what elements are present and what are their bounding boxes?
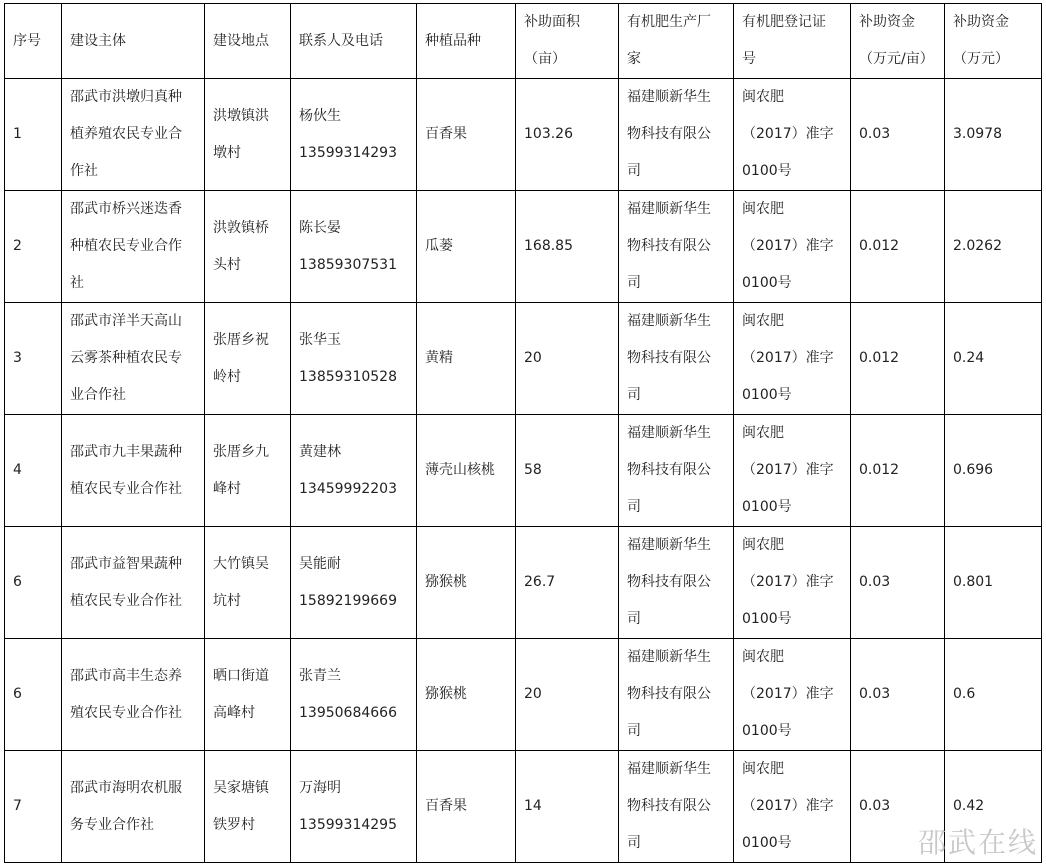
cell-manufacturer-line: 物科技有限公 [627,788,725,825]
cell-manufacturer-line: 福建顺新华生 [627,751,725,788]
cell-registration-line: （2017）准字 [742,564,842,601]
cell-contact-line: 张华玉 [299,322,408,359]
cell-rate: 0.03 [851,527,945,639]
cell-location: 洪敦镇桥头村 [205,191,291,303]
cell-area: 103.26 [516,79,619,191]
cell-manufacturer-line: 司 [627,265,725,302]
header-text: 有机肥生产厂 [627,4,725,41]
cell-entity-line: 植农民专业合作社 [70,583,196,620]
cell-manufacturer-line: 司 [627,601,725,638]
cell-registration-line: 闽农肥 [742,527,842,564]
cell-contact-line: 13599314293 [299,135,408,172]
header-text: 建设主体 [70,23,196,60]
cell-location: 吴家塘镇铁罗村 [205,751,291,863]
cell-manufacturer-line: 物科技有限公 [627,564,725,601]
cell-location: 张厝乡祝岭村 [205,303,291,415]
cell-registration-line: 0100号 [742,265,842,302]
cell-entity-line: 作社 [70,153,196,190]
cell-location-line: 高峰村 [213,695,282,732]
cell-entity: 邵武市海明农机服务专业合作社 [62,751,205,863]
cell-contact-line: 15892199669 [299,583,408,620]
cell-registration-line: （2017）准字 [742,228,842,265]
header-col-location: 建设地点 [205,4,291,79]
cell-no: 3 [5,303,62,415]
cell-manufacturer-line: 福建顺新华生 [627,527,725,564]
cell-registration-line: 0100号 [742,489,842,526]
cell-contact-line: 13459992203 [299,471,408,508]
cell-registration-line: （2017）准字 [742,116,842,153]
cell-registration-line: 0100号 [742,601,842,638]
cell-manufacturer: 福建顺新华生物科技有限公司 [619,303,734,415]
cell-entity-line: 邵武市洋半天高山 [70,303,196,340]
cell-no: 6 [5,639,62,751]
cell-location-line: 岭村 [213,359,282,396]
cell-crop: 猕猴桃 [417,527,516,639]
cell-rate: 0.012 [851,415,945,527]
cell-location: 晒口街道高峰村 [205,639,291,751]
header-text: 补助面积 [524,4,610,41]
cell-entity-line: 种植农民专业合作 [70,228,196,265]
cell-location-line: 晒口街道 [213,658,282,695]
table-header: 序号建设主体建设地点联系人及电话种植品种补助面积（亩）有机肥生产厂家有机肥登记证… [5,4,1042,79]
cell-entity-line: 云雾茶种植农民专 [70,340,196,377]
cell-registration: 闽农肥（2017）准字0100号 [734,191,851,303]
cell-rate: 0.03 [851,79,945,191]
cell-registration-line: 闽农肥 [742,415,842,452]
cell-amount: 0.696 [945,415,1042,527]
cell-contact: 杨伙生13599314293 [291,79,417,191]
cell-amount: 0.24 [945,303,1042,415]
cell-registration-line: 0100号 [742,825,842,862]
table-row: 4邵武市九丰果蔬种植农民专业合作社张厝乡九峰村黄建林13459992203薄壳山… [5,415,1042,527]
cell-manufacturer-line: 司 [627,377,725,414]
cell-registration-line: 0100号 [742,153,842,190]
header-col-entity: 建设主体 [62,4,205,79]
cell-registration: 闽农肥（2017）准字0100号 [734,79,851,191]
cell-crop: 猕猴桃 [417,639,516,751]
cell-location-line: 墩村 [213,135,282,172]
table-row: 1邵武市洪墩归真种植养殖农民专业合作社洪墩镇洪墩村杨伙生13599314293百… [5,79,1042,191]
cell-location: 张厝乡九峰村 [205,415,291,527]
cell-amount: 0.6 [945,639,1042,751]
cell-manufacturer: 福建顺新华生物科技有限公司 [619,527,734,639]
header-col-crop: 种植品种 [417,4,516,79]
cell-manufacturer: 福建顺新华生物科技有限公司 [619,191,734,303]
cell-location: 大竹镇吴坑村 [205,527,291,639]
cell-area: 20 [516,303,619,415]
header-text: 补助资金 [953,4,1033,41]
cell-rate: 0.012 [851,191,945,303]
cell-registration: 闽农肥（2017）准字0100号 [734,751,851,863]
cell-location-line: 吴家塘镇 [213,770,282,807]
cell-amount: 0.801 [945,527,1042,639]
cell-registration: 闽农肥（2017）准字0100号 [734,303,851,415]
cell-manufacturer-line: 司 [627,489,725,526]
cell-contact: 吴能耐15892199669 [291,527,417,639]
cell-rate: 0.03 [851,751,945,863]
cell-registration: 闽农肥（2017）准字0100号 [734,527,851,639]
cell-location-line: 铁罗村 [213,807,282,844]
cell-entity-line: 植农民专业合作社 [70,471,196,508]
cell-registration-line: （2017）准字 [742,452,842,489]
header-col-area: 补助面积（亩） [516,4,619,79]
subsidy-table: 序号建设主体建设地点联系人及电话种植品种补助面积（亩）有机肥生产厂家有机肥登记证… [4,3,1042,863]
cell-registration-line: （2017）准字 [742,788,842,825]
header-text: 种植品种 [425,23,507,60]
cell-contact-line: 13950684666 [299,695,408,732]
cell-no: 6 [5,527,62,639]
cell-crop: 黄精 [417,303,516,415]
cell-manufacturer-line: 物科技有限公 [627,228,725,265]
cell-contact: 张青兰13950684666 [291,639,417,751]
cell-area: 14 [516,751,619,863]
header-row: 序号建设主体建设地点联系人及电话种植品种补助面积（亩）有机肥生产厂家有机肥登记证… [5,4,1042,79]
cell-entity-line: 业合作社 [70,377,196,414]
cell-manufacturer-line: 福建顺新华生 [627,191,725,228]
cell-contact-line: 13859310528 [299,359,408,396]
header-text: 序号 [13,23,53,60]
cell-registration-line: （2017）准字 [742,340,842,377]
table-row: 6邵武市益智果蔬种植农民专业合作社大竹镇吴坑村吴能耐15892199669猕猴桃… [5,527,1042,639]
cell-entity-line: 殖农民专业合作社 [70,695,196,732]
cell-manufacturer: 福建顺新华生物科技有限公司 [619,751,734,863]
cell-amount: 0.42 [945,751,1042,863]
cell-manufacturer-line: 物科技有限公 [627,116,725,153]
cell-entity: 邵武市益智果蔬种植农民专业合作社 [62,527,205,639]
cell-location-line: 头村 [213,247,282,284]
cell-rate: 0.03 [851,639,945,751]
cell-contact-line: 杨伙生 [299,98,408,135]
cell-no: 4 [5,415,62,527]
cell-contact: 万海明 13599314295 [291,751,417,863]
cell-manufacturer: 福建顺新华生物科技有限公司 [619,415,734,527]
cell-location: 洪墩镇洪墩村 [205,79,291,191]
cell-amount: 3.0978 [945,79,1042,191]
cell-registration-line: 闽农肥 [742,639,842,676]
cell-contact-line: 13859307531 [299,247,408,284]
cell-location-line: 峰村 [213,471,282,508]
cell-registration-line: 闽农肥 [742,79,842,116]
cell-no: 2 [5,191,62,303]
cell-contact: 黄建林13459992203 [291,415,417,527]
cell-registration-line: （2017）准字 [742,676,842,713]
cell-crop: 百香果 [417,79,516,191]
cell-manufacturer-line: 司 [627,713,725,750]
cell-contact-line: 张青兰 [299,658,408,695]
cell-crop: 百香果 [417,751,516,863]
cell-crop: 薄壳山核桃 [417,415,516,527]
cell-rate: 0.012 [851,303,945,415]
cell-contact: 陈长晏13859307531 [291,191,417,303]
cell-location-line: 洪墩镇洪 [213,98,282,135]
cell-contact-line: 陈长晏 [299,210,408,247]
cell-manufacturer-line: 物科技有限公 [627,676,725,713]
cell-entity: 邵武市桥兴迷迭香种植农民专业合作社 [62,191,205,303]
cell-manufacturer-line: 司 [627,825,725,862]
header-text: （亩） [524,41,610,78]
table-row: 6邵武市高丰生态养殖农民专业合作社晒口街道高峰村张青兰13950684666猕猴… [5,639,1042,751]
cell-contact: 张华玉13859310528 [291,303,417,415]
table-row: 2邵武市桥兴迷迭香种植农民专业合作社洪敦镇桥头村陈长晏13859307531瓜蒌… [5,191,1042,303]
cell-registration-line: 闽农肥 [742,191,842,228]
cell-entity-line: 邵武市海明农机服 [70,770,196,807]
table-row: 3邵武市洋半天高山云雾茶种植农民专业合作社张厝乡祝岭村张华玉1385931052… [5,303,1042,415]
cell-area: 58 [516,415,619,527]
cell-entity-line: 社 [70,265,196,302]
cell-area: 20 [516,639,619,751]
cell-contact-line: 万海明 [299,770,408,807]
header-text: 家 [627,41,725,78]
cell-contact-line: 13599314295 [299,807,408,844]
table-body: 1邵武市洪墩归真种植养殖农民专业合作社洪墩镇洪墩村杨伙生13599314293百… [5,79,1042,863]
header-text: 补助资金 [859,4,936,41]
header-col-manufacturer: 有机肥生产厂家 [619,4,734,79]
header-text: 建设地点 [213,23,282,60]
cell-manufacturer: 福建顺新华生物科技有限公司 [619,79,734,191]
cell-registration-line: 闽农肥 [742,751,842,788]
cell-entity: 邵武市高丰生态养殖农民专业合作社 [62,639,205,751]
cell-entity-line: 邵武市益智果蔬种 [70,546,196,583]
cell-manufacturer: 福建顺新华生物科技有限公司 [619,639,734,751]
cell-manufacturer-line: 福建顺新华生 [627,639,725,676]
cell-manufacturer-line: 物科技有限公 [627,340,725,377]
cell-location-line: 洪敦镇桥 [213,210,282,247]
cell-manufacturer-line: 福建顺新华生 [627,415,725,452]
cell-entity-line: 务专业合作社 [70,807,196,844]
cell-entity-line: 邵武市洪墩归真种 [70,79,196,116]
cell-crop: 瓜蒌 [417,191,516,303]
cell-contact-line: 黄建林 [299,434,408,471]
cell-amount: 2.0262 [945,191,1042,303]
cell-entity-line: 邵武市桥兴迷迭香 [70,191,196,228]
cell-registration: 闽农肥（2017）准字0100号 [734,639,851,751]
cell-no: 1 [5,79,62,191]
header-col-amount: 补助资金（万元） [945,4,1042,79]
cell-location-line: 张厝乡祝 [213,322,282,359]
cell-manufacturer-line: 物科技有限公 [627,452,725,489]
cell-contact-line: 吴能耐 [299,546,408,583]
cell-entity-line: 植养殖农民专业合 [70,116,196,153]
cell-manufacturer-line: 福建顺新华生 [627,303,725,340]
cell-entity-line: 邵武市高丰生态养 [70,658,196,695]
cell-location-line: 大竹镇吴 [213,546,282,583]
cell-no: 7 [5,751,62,863]
header-text: （万元/亩） [859,41,936,78]
cell-location-line: 张厝乡九 [213,434,282,471]
cell-registration: 闽农肥（2017）准字0100号 [734,415,851,527]
header-text: 联系人及电话 [299,23,408,60]
cell-registration-line: 0100号 [742,377,842,414]
cell-entity: 邵武市洪墩归真种植养殖农民专业合作社 [62,79,205,191]
header-col-registration: 有机肥登记证号 [734,4,851,79]
cell-registration-line: 0100号 [742,713,842,750]
cell-location-line: 坑村 [213,583,282,620]
table-row: 7邵武市海明农机服务专业合作社吴家塘镇铁罗村万海明 13599314295百香果… [5,751,1042,863]
cell-manufacturer-line: 福建顺新华生 [627,79,725,116]
cell-entity-line: 邵武市九丰果蔬种 [70,434,196,471]
header-text: 号 [742,41,842,78]
cell-entity: 邵武市九丰果蔬种植农民专业合作社 [62,415,205,527]
header-col-no: 序号 [5,4,62,79]
cell-area: 26.7 [516,527,619,639]
header-col-rate: 补助资金（万元/亩） [851,4,945,79]
cell-area: 168.85 [516,191,619,303]
cell-manufacturer-line: 司 [627,153,725,190]
header-text: （万元） [953,41,1033,78]
cell-entity: 邵武市洋半天高山云雾茶种植农民专业合作社 [62,303,205,415]
header-col-contact: 联系人及电话 [291,4,417,79]
header-text: 有机肥登记证 [742,4,842,41]
cell-registration-line: 闽农肥 [742,303,842,340]
